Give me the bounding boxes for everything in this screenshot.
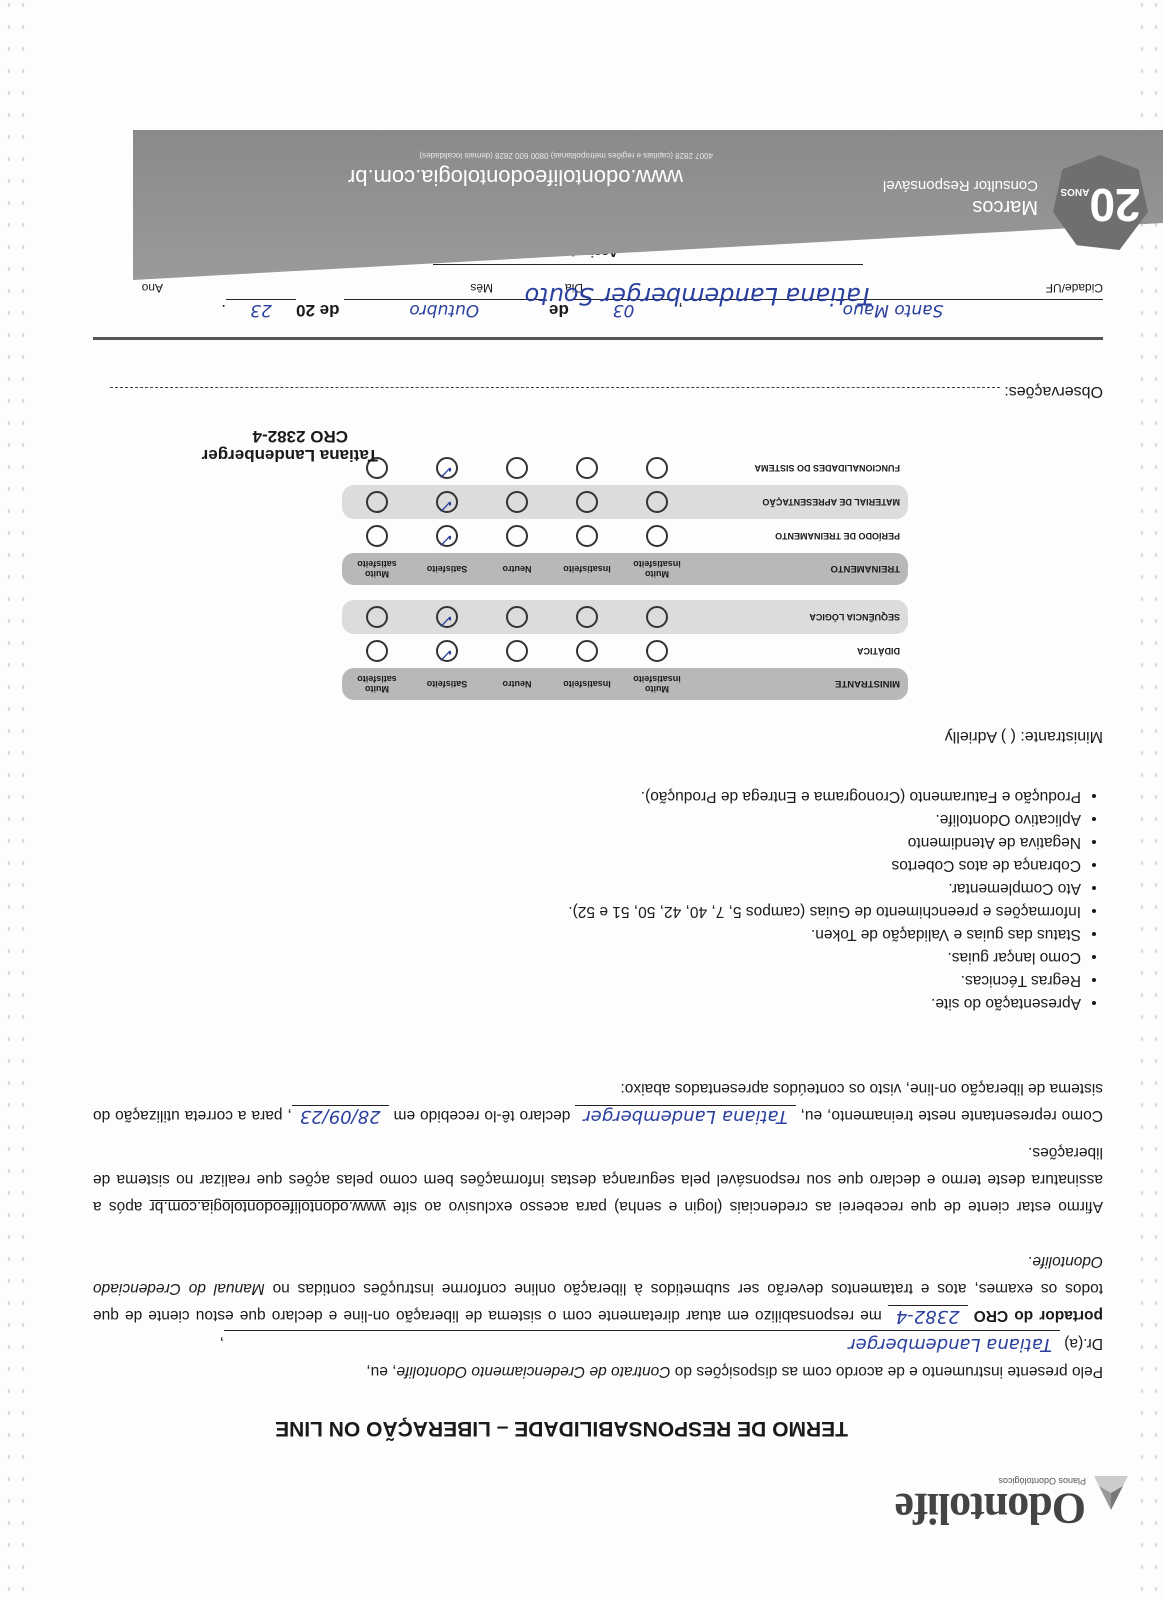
eval-row: PERÍODO DE TREINAMENTO: [342, 519, 908, 553]
scan-edge-left: [1133, 0, 1163, 1600]
eval-row: MATERIAL DE APRESENTAÇÃO: [342, 485, 908, 519]
eval-row: SEQUÊNCIA LÓGICA: [342, 600, 908, 634]
radio-button[interactable]: [646, 491, 668, 513]
col-header: Muito satisfeito: [342, 668, 412, 700]
col-header: Muito satisfeito: [342, 553, 412, 585]
row-label: FUNCIONALIDADES DO SISTEMA: [692, 451, 908, 485]
topics-list: Apresentação do site. Regras Técnicas. C…: [568, 785, 1103, 1015]
topic-item: Apresentação do site.: [568, 992, 1081, 1015]
radio-button[interactable]: [506, 525, 528, 547]
treinamento-eval-table: TREINAMENTO Muito insatisfeito Insatisfe…: [342, 451, 908, 585]
topic-item: Como lançar guias.: [568, 946, 1081, 969]
topic-item: Status das guias e Validação de Token.: [568, 923, 1081, 946]
radio-button[interactable]: [506, 640, 528, 662]
radio-button-checked[interactable]: [436, 640, 458, 662]
radio-button[interactable]: [576, 491, 598, 513]
consultant-info: Marcos Consultor Responsável: [883, 174, 1038, 218]
radio-button[interactable]: [646, 457, 668, 479]
radio-button[interactable]: [576, 640, 598, 662]
divider: [93, 337, 1103, 340]
topic-item: Ato Complementar.: [568, 877, 1081, 900]
ministrante-line: Ministrante: ( ) Adrielly: [945, 727, 1103, 745]
dr-name-field: Tatiana Landemberger: [224, 1330, 1060, 1358]
cro-stamp: Tatiana Landenberger CRO 2382-4: [202, 427, 378, 465]
signature-line[interactable]: [433, 264, 863, 265]
eval-header: TREINAMENTO: [692, 553, 908, 585]
radio-button[interactable]: [366, 606, 388, 628]
radio-button[interactable]: [506, 606, 528, 628]
observacoes-line: Observações:: [93, 382, 1103, 400]
training-date-field: 28/09/23: [292, 1105, 389, 1127]
handwritten-signature: Tatiana Landemberger Souto: [525, 282, 873, 310]
col-header: Neutro: [482, 668, 552, 700]
month-field[interactable]: Outubro: [344, 299, 544, 320]
ministrante-option[interactable]: ( ) Adrielly: [945, 728, 1016, 745]
radio-button[interactable]: [646, 640, 668, 662]
credentials-paragraph: Afirmo estar ciente de que receberei as …: [93, 1139, 1103, 1220]
col-header: Insatisfeito: [552, 553, 622, 585]
topic-item: Cobrança de atos Cobertos: [568, 854, 1081, 877]
odontolife-logo: Odontolife Planos Odontológicos: [896, 1476, 1128, 1530]
logo-triangle-icon: [1094, 1476, 1128, 1510]
representative-field: Tatiana Landemberger: [575, 1105, 795, 1127]
col-header: Neutro: [482, 553, 552, 585]
topic-item: Regras Técnicas.: [568, 969, 1081, 992]
radio-button[interactable]: [576, 606, 598, 628]
eval-header: MINISTRANTE: [692, 668, 908, 700]
radio-button-checked[interactable]: [436, 491, 458, 513]
row-label: SEQUÊNCIA LÓGICA: [692, 600, 908, 634]
col-header: Satisfeito: [412, 553, 482, 585]
col-header: Insatisfeito: [552, 668, 622, 700]
row-label: DIDÁTICA: [692, 634, 908, 668]
cro-field: 2382-4: [888, 1305, 968, 1327]
row-label: PERÍODO DE TREINAMENTO: [692, 519, 908, 553]
document-title: TERMO DE RESPONSABILIDADE – LIBERAÇÃO ON…: [0, 1416, 1163, 1440]
col-header: Muito insatisfeito: [622, 553, 692, 585]
col-header: Muito insatisfeito: [622, 668, 692, 700]
radio-button[interactable]: [506, 457, 528, 479]
radio-button-checked[interactable]: [436, 525, 458, 547]
radio-button[interactable]: [366, 640, 388, 662]
scan-edge-right: [0, 0, 30, 1600]
eval-row: FUNCIONALIDADES DO SISTEMA: [342, 451, 908, 485]
radio-button[interactable]: [576, 457, 598, 479]
footer-contact: 4007 2828 (capitais e regiões metropolit…: [153, 151, 713, 160]
intro-paragraph: Pelo presente instrumento e de acordo co…: [93, 1248, 1103, 1385]
eval-row: DIDÁTICA: [342, 634, 908, 668]
logo-text: Odontolife: [896, 1486, 1086, 1530]
radio-button[interactable]: [506, 491, 528, 513]
radio-button[interactable]: [646, 525, 668, 547]
radio-button[interactable]: [366, 491, 388, 513]
radio-button[interactable]: [576, 525, 598, 547]
document-page: Odontolife Planos Odontológicos TERMO DE…: [0, 0, 1163, 1600]
ministrante-eval-table: MINISTRANTE Muito insatisfeito Insatisfe…: [342, 600, 908, 700]
radio-button[interactable]: [646, 606, 668, 628]
topic-item: Produção e Faturamento (Cronograma e Ent…: [568, 785, 1081, 808]
observacoes-field[interactable]: [110, 387, 1000, 388]
topic-item: Informações e preenchimento de Guias (ca…: [568, 900, 1081, 923]
year-field[interactable]: 23: [226, 299, 296, 320]
footer-website[interactable]: www.odontolifeodontologia.com.br: [348, 164, 683, 190]
radio-button-checked[interactable]: [436, 457, 458, 479]
row-label: MATERIAL DE APRESENTAÇÃO: [692, 485, 908, 519]
website-link[interactable]: www.odontolifeodontologia.com.br: [150, 1198, 386, 1215]
training-paragraph: Como representante neste treinamento, eu…: [93, 1075, 1103, 1130]
topic-item: Aplicativo Odontolife.: [568, 808, 1081, 831]
topic-item: Negativa de Atendimento: [568, 831, 1081, 854]
radio-button[interactable]: [366, 525, 388, 547]
radio-button-checked[interactable]: [436, 606, 458, 628]
col-header: Satisfeito: [412, 668, 482, 700]
